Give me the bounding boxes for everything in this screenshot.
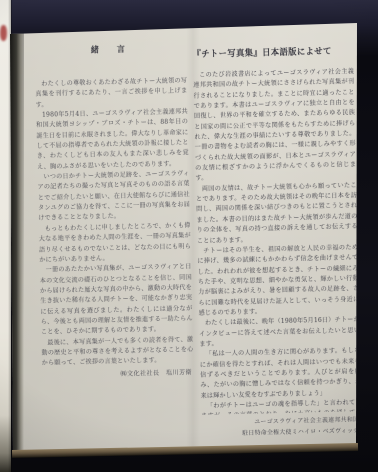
left-paragraph: わたくしの尊敬おくあたわざる故チトー大統領の写真集を刊行するにあたり、一言ご挨拶… <box>35 76 188 111</box>
left-paragraph: 一冊のあたたかい写真集が、ユーゴスラヴィアと日本の文化交流の礎石のひとつとなるこ… <box>39 262 193 338</box>
right-page-title: 『チトー写真集』日本語版によせて <box>192 44 353 60</box>
red-ink-mark <box>0 25 7 41</box>
book-photo: 緒 言 わたくしの尊敬おくあたわざる故チトー大統領の写真集を刊行するにあたり、一… <box>0 0 378 472</box>
left-page: 緒 言 わたくしの尊敬おくあたわざる故チトー大統領の写真集を刊行するにあたり、一… <box>34 38 194 371</box>
right-page-body: このたび岩波書店によってユーゴスラヴィア社会主義連邦共和国の故チトー大統領にささ… <box>193 67 362 415</box>
right-page: 『チトー写真集』日本語版によせて このたび岩波書店によってユーゴスラヴィア社会主… <box>192 34 363 450</box>
left-paragraph: 1980年5月4日、ユーゴスラヴィア社会主義連邦共和国大統領ヨシップ・ブロズ・チ… <box>36 107 189 173</box>
right-paragraph: チトーはその半生を、祖国の解放と人民の幸福のために捧げ、幾多の試練にもかかわらず… <box>197 243 360 319</box>
right-paragraph: 「私は一人の人間の生き方に関心があります。もしなにか確信を得たとすれば、それは人… <box>200 346 362 401</box>
right-paragraph: 「わがチトーはユーゴの魂を指導した」と言われていますが、その言葉のとおり、なにか… <box>201 398 362 415</box>
right-paragraph: わたくしは最後に、晩年（1980年5月16日）チトーがインタビューに答えて述べた… <box>199 315 361 350</box>
left-paragraph: もっともわたくしに申しましたところで、かくも偉大なる地平をきわめた人間の生涯を、… <box>38 221 191 266</box>
left-paragraph: いつの日かチトー大統領の足跡を、ユーゴスラヴィアの記者たちの撮った写真と写真その… <box>37 169 190 224</box>
right-paragraph: このたび岩波書店によってユーゴスラヴィア社会主義連邦共和国の故チトー大統領にささ… <box>193 67 357 185</box>
left-page-title: 緒 言 <box>34 42 186 57</box>
right-paragraph: 両国の友情は、故チトー大統領も心から願っていたことであります。そのため故大統領は… <box>196 181 358 247</box>
left-paragraph: 最後に、本写真集が一人でも多くの読者を得て、激動の歴史と平和の尊さを考えるよすが… <box>41 335 194 368</box>
left-page-signature: ㈱文化社社長 塩川芳衛 <box>42 367 194 380</box>
book-spread: 緒 言 わたくしの尊敬おくあたわざる故チトー大統領の写真集を刊行するにあたり、一… <box>0 0 378 472</box>
right-page-signature: ユーゴスラヴィア社会主義連邦共和国 駐日特命全権大使ミハイロ・ベズヴィッチ <box>201 415 362 440</box>
left-page-body: わたくしの尊敬おくあたわざる故チトー大統領の写真集を刊行するにあたり、一言ご挨拶… <box>35 76 194 368</box>
